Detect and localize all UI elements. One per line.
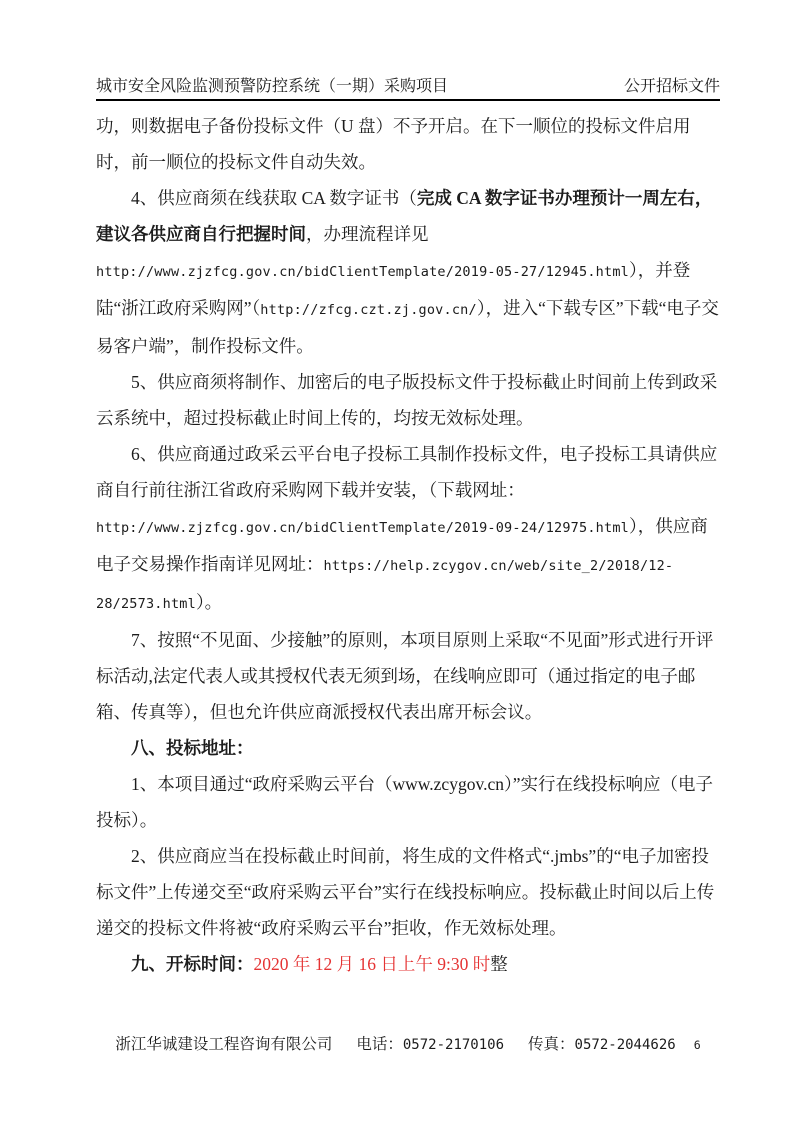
document-body: 功，则数据电子备份投标文件（U 盘）不予开启。在下一顺位的投标文件启用时，前一顺… — [96, 108, 720, 982]
footer-fax-number: 0572-2044626 — [575, 1033, 676, 1057]
text-run: 八、投标地址： — [131, 738, 254, 758]
page: 城市安全风险监测预警防控系统（一期）采购项目 公开招标文件 功，则数据电子备份投… — [0, 0, 793, 1122]
header-project-title: 城市安全风险监测预警防控系统（一期）采购项目 — [96, 77, 448, 97]
footer-company: 浙江华诚建设工程咨询有限公司 — [115, 1033, 332, 1057]
paragraph: 6、供应商通过政采云平台电子投标工具制作投标文件，电子投标工具请供应商自行前往浙… — [96, 436, 720, 622]
paragraph: 九、开标时间：2020 年 12 月 16 日上午 9:30 时整 — [96, 946, 720, 982]
text-run: 2020 年 12 月 16 日上午 9:30 时 — [254, 954, 491, 974]
paragraph: 1、本项目通过“政府采购云平台（www.zcygov.cn）”实行在线投标响应（… — [96, 766, 720, 838]
paragraph: 2、供应商应当在投标截止时间前，将生成的文件格式“.jmbs”的“电子加密投标文… — [96, 838, 720, 946]
paragraph: 7、按照“不见面、少接触”的原则，本项目原则上采取“不见面”形式进行开评标活动,… — [96, 622, 720, 730]
page-number: 6 — [694, 1033, 701, 1057]
footer-phone-number: 0572-2170106 — [403, 1033, 504, 1057]
text-run: 5、供应商须将制作、加密后的电子版投标文件于投标截止时间前上传到政采云系统中，超… — [96, 372, 717, 428]
paragraph: 5、供应商须将制作、加密后的电子版投标文件于投标截止时间前上传到政采云系统中，超… — [96, 364, 720, 436]
text-run: 6、供应商通过政采云平台电子投标工具制作投标文件，电子投标工具请供应商自行前往浙… — [96, 444, 717, 500]
paragraph: 4、供应商须在线获取 CA 数字证书（完成 CA 数字证书办理预计一周左右，建议… — [96, 180, 720, 364]
url-text: http://www.zjzfcg.gov.cn/bidClientTempla… — [96, 264, 629, 280]
footer-fax-label: 传真： — [528, 1033, 575, 1057]
text-run: ）。 — [196, 592, 222, 612]
text-run: ，办理流程详见 — [306, 224, 429, 244]
paragraph: 八、投标地址： — [96, 730, 720, 766]
page-header: 城市安全风险监测预警防控系统（一期）采购项目 公开招标文件 — [96, 77, 720, 101]
paragraph: 功，则数据电子备份投标文件（U 盘）不予开启。在下一顺位的投标文件启用时，前一顺… — [96, 108, 720, 180]
text-run: 7、按照“不见面、少接触”的原则，本项目原则上采取“不见面”形式进行开评标活动,… — [96, 630, 713, 722]
text-run: 4、供应商须在线获取 CA 数字证书（ — [131, 188, 417, 208]
text-run: 1、本项目通过“政府采购云平台（www.zcygov.cn）”实行在线投标响应（… — [96, 774, 713, 830]
footer-phone-label: 电话： — [356, 1033, 403, 1057]
text-run: 功，则数据电子备份投标文件（U 盘）不予开启。在下一顺位的投标文件启用时，前一顺… — [96, 116, 691, 172]
header-doc-type: 公开招标文件 — [624, 77, 720, 97]
page-footer: 浙江华诚建设工程咨询有限公司 电话： 0572-2170106 传真： 0572… — [96, 1033, 720, 1057]
text-run: 九、开标时间： — [131, 954, 254, 974]
text-run: 2、供应商应当在投标截止时间前，将生成的文件格式“.jmbs”的“电子加密投标文… — [96, 846, 714, 938]
url-text: http://www.zjzfcg.gov.cn/bidClientTempla… — [96, 520, 629, 536]
url-text: http://zfcg.czt.zj.gov.cn/ — [260, 302, 477, 318]
text-run: 整 — [490, 954, 508, 974]
